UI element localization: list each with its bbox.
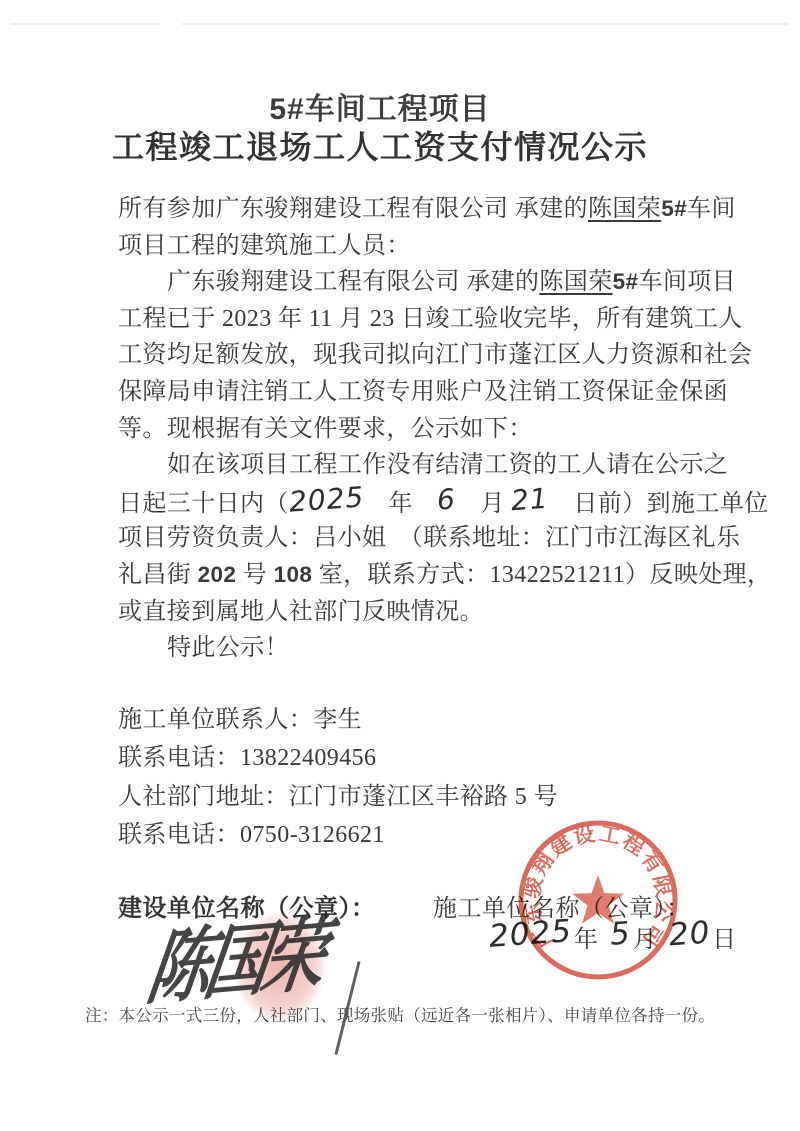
document-title-line2: 工程竣工退场工人工资支付情况公示 [60,122,700,168]
text-line: 工资均足额发放，现我司拟向江门市蓬江区人力资源和社会 [118,337,685,374]
star-icon [572,875,623,924]
text-segment: 年 [364,491,437,517]
text-segment: 广东骏翔建设工程有限公司 承建的 [167,269,539,295]
text-segment: 5# [661,196,687,221]
text-segment: 5# [613,269,639,294]
text-segment: 202 [198,562,237,587]
scan-artifact-line [10,23,788,25]
text-segment: 联系电话：0750-3126621 [118,822,385,848]
notice-body: 所有参加广东骏翔建设工程有限公司 承建的陈国荣5#车间项目工程的建筑施工人员：广… [118,191,685,667]
text-segment: 等。现根据有关文件要求，公示如下： [118,416,533,442]
text-segment: 如在该项目工程工作没有结清工资的工人请在公示之 [167,452,728,478]
text-segment: 工资均足额发放，现我司拟向江门市蓬江区人力资源和社会 [118,342,752,368]
text-line: 特此公示！ [118,630,685,667]
text-line: 工程已于 2023 年 11 月 23 日竣工验收完毕，所有建筑工人 [118,301,685,338]
text-segment: 2025 [288,479,366,521]
text-segment: 施工单位联系人：李生 [118,707,362,733]
text-line: 等。现根据有关文件要求，公示如下： [118,411,685,448]
text-segment: 6 [436,481,457,519]
text-segment: 车间 [687,196,736,222]
text-segment: 108 [274,562,313,587]
text-segment: 陈国荣 [588,196,661,222]
text-segment: 所有参加广东骏翔建设工程有限公司 承建的 [118,196,588,222]
text-segment: 特此公示！ [167,635,289,661]
text-segment: 日前）到施工单位 [549,491,769,517]
text-line: 联系电话：0750-3126621 [118,816,558,854]
text-line: 保障局申请注销工人工资专用账户及注销工资保证金保函 [118,374,685,411]
text-segment: 月 [456,491,511,517]
text-line: 项目工程的建筑施工人员： [118,228,685,265]
text-segment: 人社部门地址：江门市蓬江区丰裕路 5 号 [118,784,558,810]
text-segment: 21 [510,480,550,519]
text-segment: 项目工程的建筑施工人员： [118,233,411,259]
text-segment: 保障局申请注销工人工资专用账户及注销工资保证金保函 [118,379,728,405]
text-segment: 项目劳资负责人：吕小姐 （联系地址：江门市江海区礼乐 [118,525,740,551]
day-label: 日 [712,927,736,953]
text-segment: 或直接到属地人社部门反映情况。 [118,599,484,625]
text-segment: 车间项目 [638,269,736,295]
text-segment: 陈国荣 [539,269,612,295]
text-segment: 号 [236,562,273,588]
text-line: 广东骏翔建设工程有限公司 承建的陈国荣5#车间项目 [118,264,685,301]
text-line: 日起三十日内（2025 年 6 月 21 日前）到施工单位 [118,484,685,521]
text-line: 如在该项目工程工作没有结清工资的工人请在公示之 [118,447,685,484]
text-segment: 日起三十日内（ [118,491,289,517]
text-segment: 工程已于 2023 年 11 月 23 日竣工验收完毕，所有建筑工人 [118,306,743,332]
text-line: 人社部门地址：江门市蓬江区丰裕路 5 号 [118,778,558,816]
company-seal: 广东骏翔建设工程有限公司 [514,816,682,984]
text-segment: 室，联系方式：13422521211）反映处理， [312,562,771,588]
text-line: 施工单位联系人：李生 [118,701,558,739]
document-page: 5#车间工程项目 工程竣工退场工人工资支付情况公示 所有参加广东骏翔建设工程有限… [0,0,800,1131]
text-line: 项目劳资负责人：吕小姐 （联系地址：江门市江海区礼乐 [118,520,685,557]
text-segment: 礼昌街 [118,562,198,588]
text-line: 礼昌街 202 号 108 室，联系方式：13422521211）反映处理， [118,557,685,594]
contact-info: 施工单位联系人：李生联系电话：13822409456人社部门地址：江门市蓬江区丰… [118,701,558,855]
text-segment: 联系电话：13822409456 [118,745,376,771]
footer-note: 注：本公示一式三份，人社部门、现场张贴（远近各一张相片）、申请单位各持一份。 [85,1002,715,1026]
text-line: 所有参加广东骏翔建设工程有限公司 承建的陈国荣5#车间 [118,191,685,228]
text-line: 联系电话：13822409456 [118,739,558,777]
handwritten-signature: 陈国荣 [141,890,331,1020]
text-line: 或直接到属地人社部门反映情况。 [118,594,685,631]
